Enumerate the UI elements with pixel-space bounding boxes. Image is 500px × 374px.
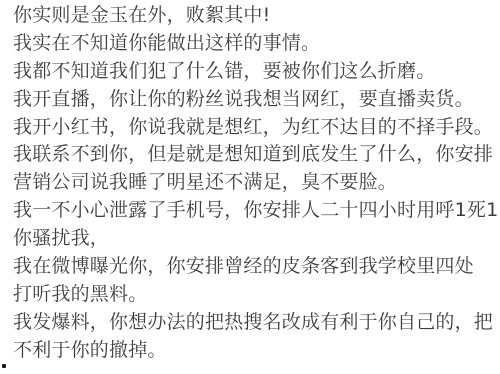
text-line: 你实则是金玉在外，败絮其中! [13,2,500,30]
text-line: 打听我的黑料。 [13,281,500,309]
text-line: 营销公司说我睡了明星还不满足，臭不要脸。 [13,169,500,197]
text-block: 你实则是金玉在外，败絮其中! 我实在不知道你能做出这样的事情。 我都不知道我们犯… [13,2,500,365]
text-line: 我开直播，你让你的粉丝说我想当网红，要直播卖货。 [13,86,500,114]
text-line: 我发爆料，你想办法的把热搜名改成有利于你自己的，把 [13,309,500,337]
text-line: 不利于你的撤掉。 [13,337,500,365]
text-line: 我在微博曝光你，你安排曾经的皮条客到我学校里四处 [13,253,500,281]
text-line: 我联系不到你，但是就是想知道到底发生了什么，你安排 [13,141,500,169]
document-page: 你实则是金玉在外，败絮其中! 我实在不知道你能做出这样的事情。 我都不知道我们犯… [0,0,500,374]
text-line: 我实在不知道你能做出这样的事情。 [13,30,500,58]
text-line: 我一不小心泄露了手机号，你安排人二十四小时用呼1死1 [13,197,500,225]
artifact-dot [2,364,6,368]
text-line: 我都不知道我们犯了什么错，要被你们这么折磨。 [13,58,500,86]
text-line: 我开小红书，你说我就是想红，为红不达目的不择手段。 [13,114,500,142]
text-line: 你骚扰我， [13,225,500,253]
